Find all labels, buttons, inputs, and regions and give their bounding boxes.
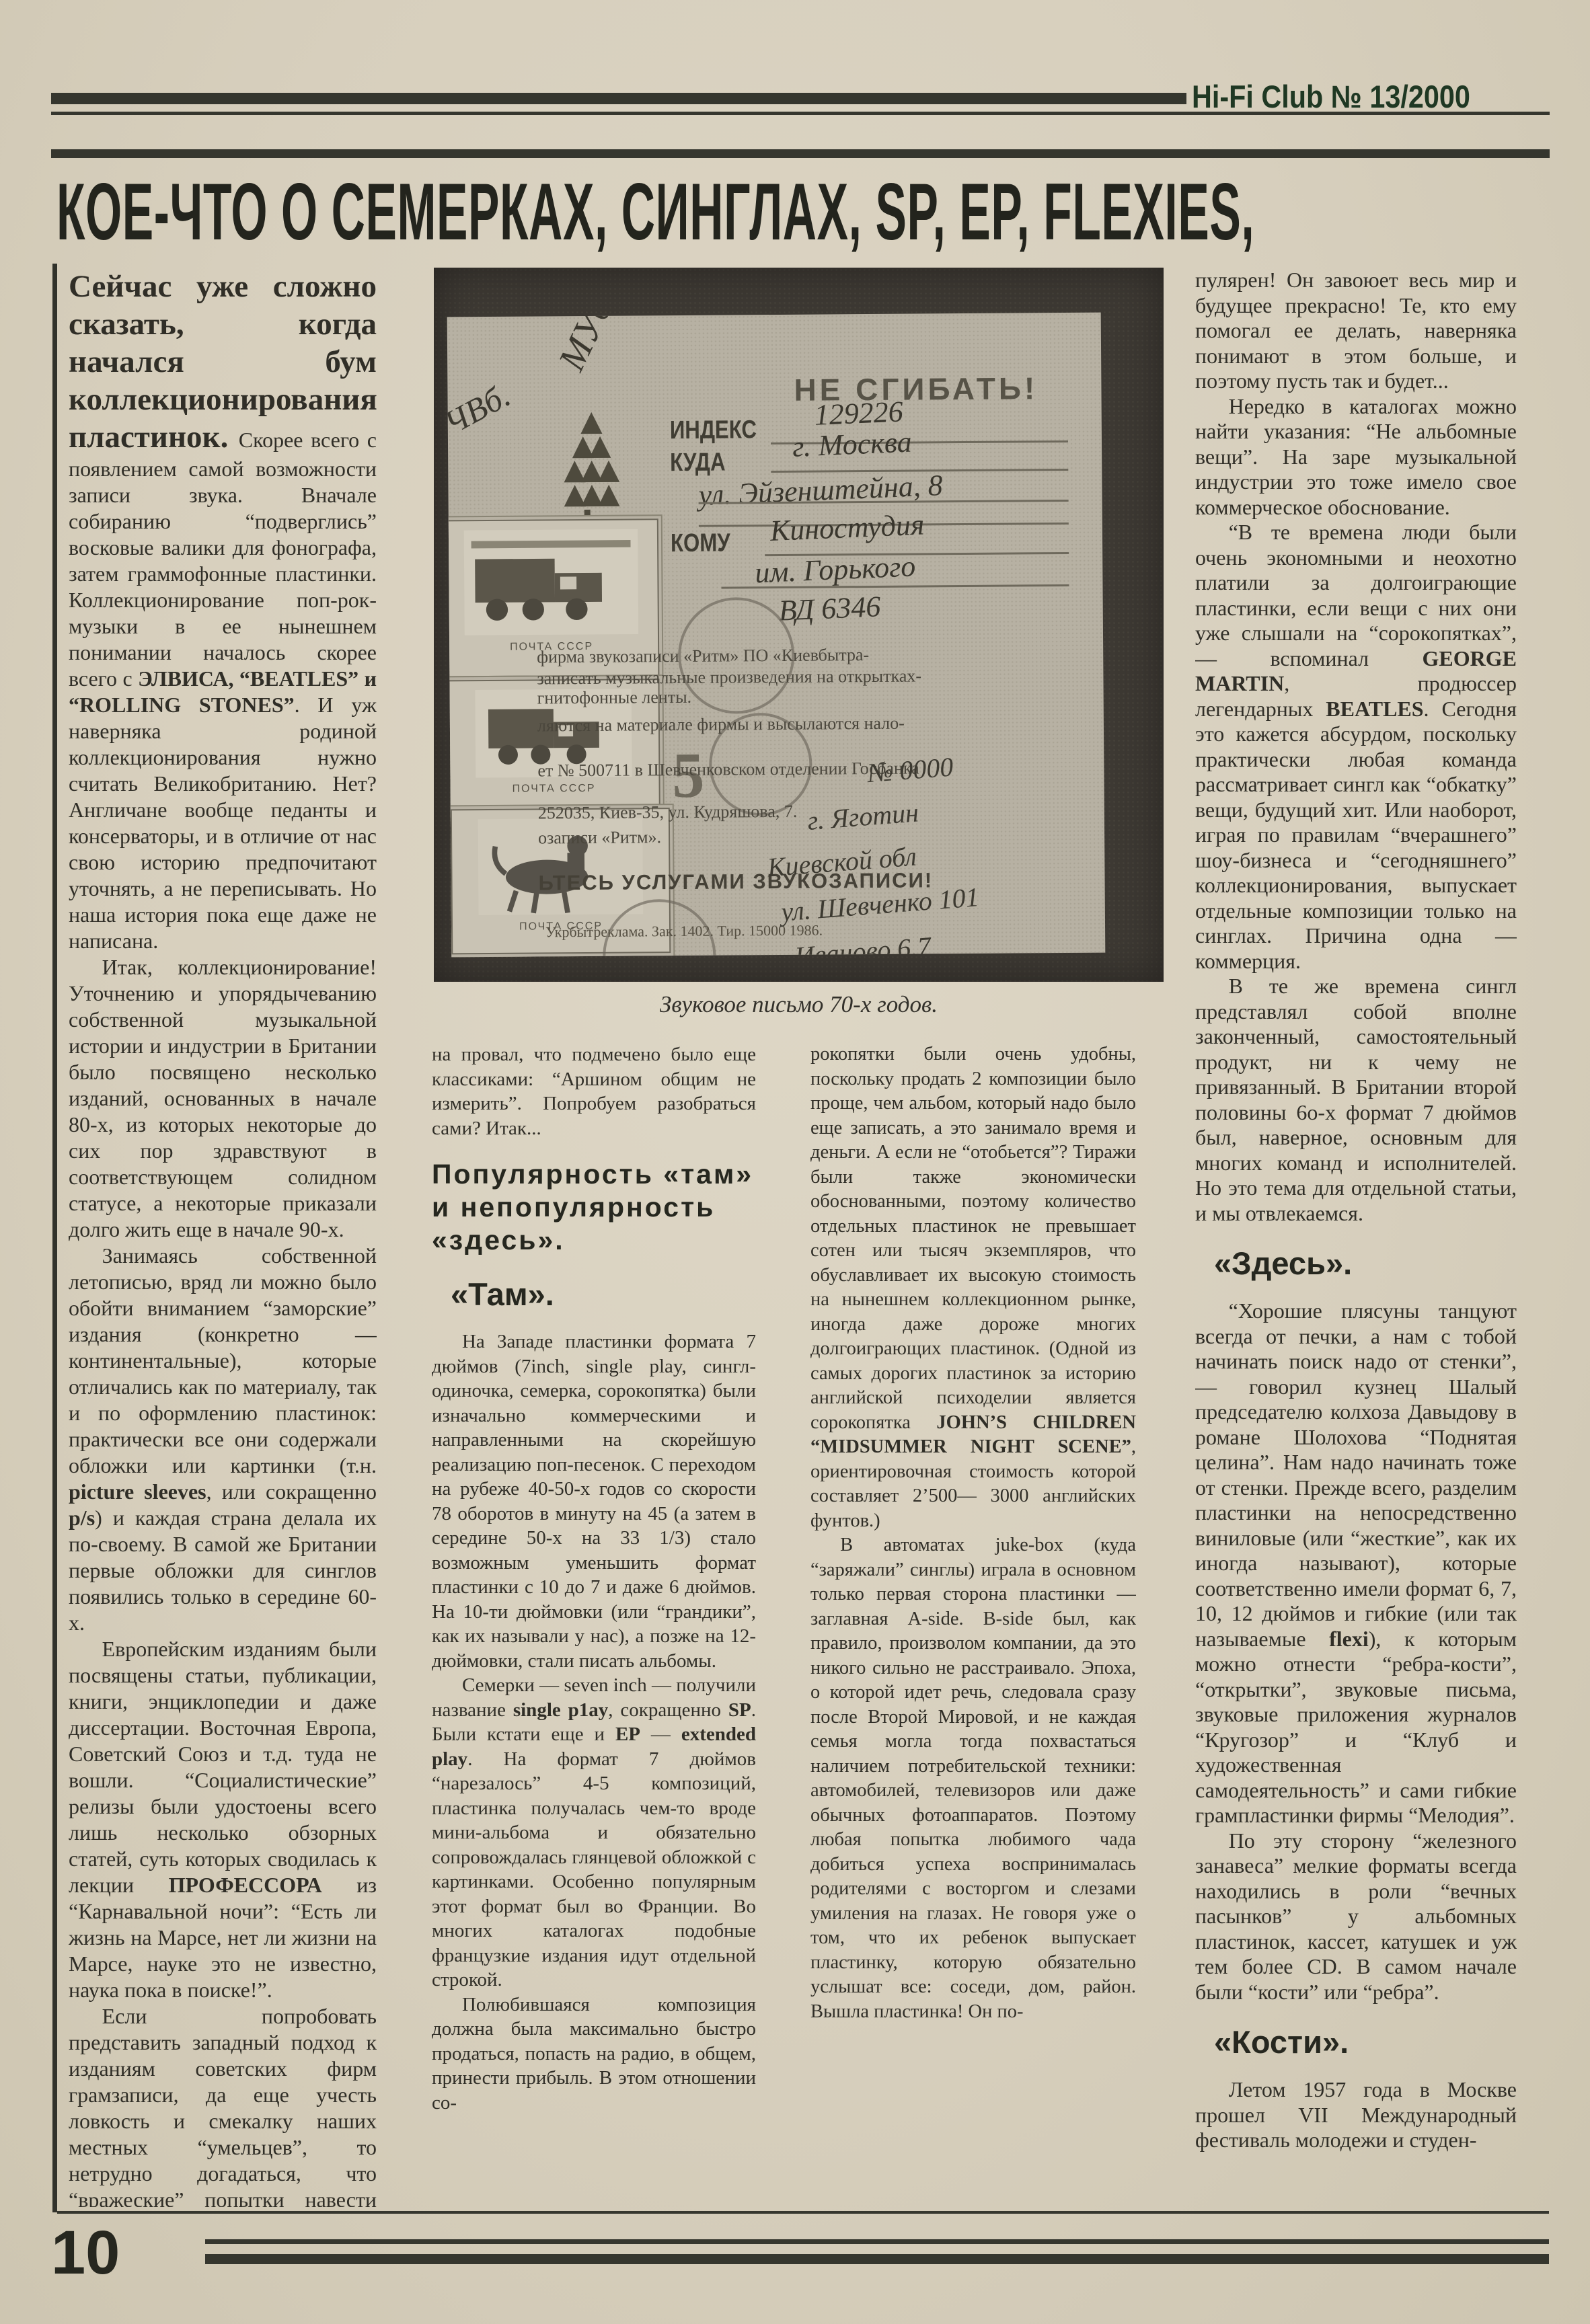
subheading: «Там». [451,1277,756,1312]
postcard-handwritten-line: Иваново 6.7 [794,919,1084,957]
page-number: 10 [51,2218,120,2288]
article-column-2: на провал, что подмечено было еще класси… [432,1042,756,2211]
paragraph: Итак, коллекционирование! Уточнению и уп… [69,954,377,1243]
paragraph: Если попробовать представить западный по… [69,2003,377,2207]
postcard: МУб ЧВб. НЕ СГИБАТЬ! ▲▲▲▲▲▲▲▲▲ ИНДЕКС 12… [447,313,1106,958]
postcard-handwritten-line: г. Яготин [806,784,1084,837]
paragraph: В автоматах juke-box (куда “заряжали” си… [810,1533,1136,2024]
article-column-3: рокопятки были очень удобны, поскольку п… [810,1042,1136,2211]
address-line: ул. Эйзенштейна, 8 [698,468,944,512]
headline-rule [51,149,1550,158]
postcard-printed-line: фирма звукозаписи «Ритм» ПО «Киевбытра- [537,644,940,666]
sound-letter-photo: МУб ЧВб. НЕ СГИБАТЬ! ▲▲▲▲▲▲▲▲▲ ИНДЕКС 12… [434,268,1164,982]
content-bottom-rule [57,2211,1549,2214]
postcard-handwriting: № 0000г. ЯготинКиевской облул. Шевченко … [766,748,1084,958]
komu-label: КОМУ [671,529,730,558]
paragraph: В те же времена сингл представлял собой … [1195,974,1517,1226]
photo-caption: Звуковое письмо 70-х годов. [434,991,1164,1018]
paragraph: “В те времена люди были очень экономными… [1195,520,1517,974]
postcard-handwritten-line: ул. Шевченко 101 [780,873,1084,927]
article-frame-rule [52,264,57,2212]
kuda-label: КУДА [670,449,726,478]
paragraph: Европейским изданиям были посвящены стат… [69,1636,377,2003]
header-rule-thick [51,93,1186,104]
paragraph: Сейчас уже сложно сказать, когда начался… [69,268,377,954]
code-value: ВД 6346 [778,589,882,627]
komu-value-2: им. Горького [754,549,916,590]
postcard-scribble: ЧВб. [447,375,517,442]
paragraph: “Хорошие плясуны танцуют всегда от печки… [1195,1299,1517,1828]
footer-rule-thin [205,2239,1549,2244]
article-column-4: пулярен! Он завоюет весь мир и будущее п… [1195,268,1517,2226]
page-title: КОЕ-ЧТО О СЕМЕРКАХ, СИНГЛАХ, SP, EP, FLE… [56,165,1254,258]
article-column-1: Сейчас уже сложно сказать, когда начался… [69,268,377,2207]
kuda-value: г. Москва [792,425,913,464]
index-label: ИНДЕКС [670,416,757,445]
paragraph: на провал, что подмечено было еще класси… [432,1042,756,1140]
postcard-scribble: МУб [550,313,621,378]
subheading: «Кости». [1214,2025,1517,2060]
paragraph: Занимаясь собственной летописью, вряд ли… [69,1243,377,1636]
tree-row: ▲▲▲ [535,481,643,506]
paragraph: Нередко в каталогах можно найти указания… [1195,394,1517,520]
masthead: Hi-Fi Club № 13/2000 [1192,78,1470,115]
postcard-printed-line: ляются на материале фирмы и высылаются н… [537,713,941,735]
paragraph: На Западе пластинки формата 7 дюймов (7i… [432,1329,756,1673]
postcard-printed-line: гнитофонные ленты. [537,685,941,707]
paragraph: пулярен! Он завоюет весь мир и будущее п… [1195,268,1517,394]
komu-value: Киностудия [769,507,925,548]
paragraph: Полюбившаяся композиция должна была макс… [432,1992,756,2116]
subheading: «Здесь». [1214,1246,1517,1281]
paragraph: Семерки — seven inch — получили название… [432,1673,756,1992]
paragraph: рокопятки были очень удобны, поскольку п… [810,1042,1136,1533]
paragraph: По эту сторону “железного занавеса” мелк… [1195,1828,1517,2005]
footer-rule-thick [205,2254,1549,2264]
postcard-printed-line: записать музыкальные произведения на отк… [537,666,940,688]
paragraph: Летом 1957 года в Москве прошел VII Межд… [1195,2077,1517,2153]
subheading: Популярность «там» и непопуляр­ность «зд… [432,1158,756,1257]
